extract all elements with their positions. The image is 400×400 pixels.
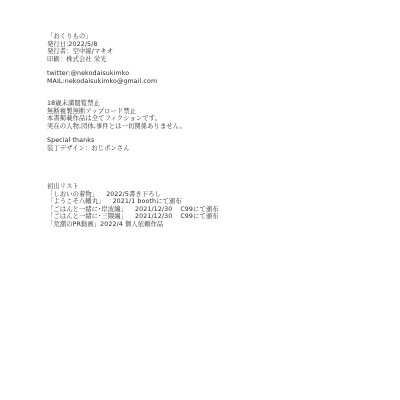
notice-line: 18歳未満閲覧禁止 — [47, 100, 186, 108]
thanks-heading: Special thanks — [47, 137, 130, 145]
printer: 印刷：株式会社 栄光 — [47, 56, 113, 64]
origin-entry: 「ようこそ八幡丸」2021/1 boothにて頒布 — [47, 198, 219, 206]
entry-title: 「ようこそ八幡丸」 — [47, 198, 105, 206]
book-title: 「おくりもの」 — [47, 33, 113, 41]
entry-title: 「荒潮のPR動画」 — [47, 221, 100, 229]
entry-title: 「ごはんと一緒に･三隈編」 — [47, 213, 127, 221]
notice-line: 本書掲載作品は全てフィクションです。 — [47, 115, 186, 123]
publisher: 発行者：空中線/マキオ — [47, 48, 113, 56]
entry-date: 2021/1 boothにて頒布 — [113, 198, 182, 206]
thanks-credit: 装丁デザイン：おじポンさん — [47, 145, 130, 153]
entry-note: C99にて頒布 — [180, 213, 218, 221]
legal-notice: 18歳未満閲覧禁止 無断複製無断アップロード禁止 本書掲載作品は全てフィクション… — [47, 100, 186, 130]
entry-date: 2022/4 個人依頼作品 — [100, 221, 163, 229]
entry-date: 2021/12/30 — [135, 206, 172, 214]
first-appearance-list: 初出リスト 「しおいの着物」2022/5書き下ろし 「ようこそ八幡丸」2021/… — [47, 183, 219, 229]
colophon-page: 「おくりもの」 発行日:2022/5/8 発行者：空中線/マキオ 印刷：株式会社… — [0, 0, 400, 400]
contact-info: twitter:@nekodaisukimko MAIL:nekodaisuki… — [47, 70, 157, 85]
notice-line: 実在の人物,団体,事件とは一切関係ありません。 — [47, 123, 186, 131]
entry-date: 2021/12/30 — [135, 213, 172, 221]
origin-entry: 「ごはんと一緒に･三隈編」2021/12/30C99にて頒布 — [47, 213, 219, 221]
special-thanks: Special thanks 装丁デザイン：おじポンさん — [47, 137, 130, 152]
twitter-handle: twitter:@nekodaisukimko — [47, 70, 157, 78]
origin-entry: 「荒潮のPR動画」2022/4 個人依頼作品 — [47, 221, 219, 229]
origins-heading: 初出リスト — [47, 183, 219, 191]
mail-address: MAIL:nekodaisukimko@gmail.com — [47, 78, 157, 86]
publication-info: 「おくりもの」 発行日:2022/5/8 発行者：空中線/マキオ 印刷：株式会社… — [47, 33, 113, 63]
